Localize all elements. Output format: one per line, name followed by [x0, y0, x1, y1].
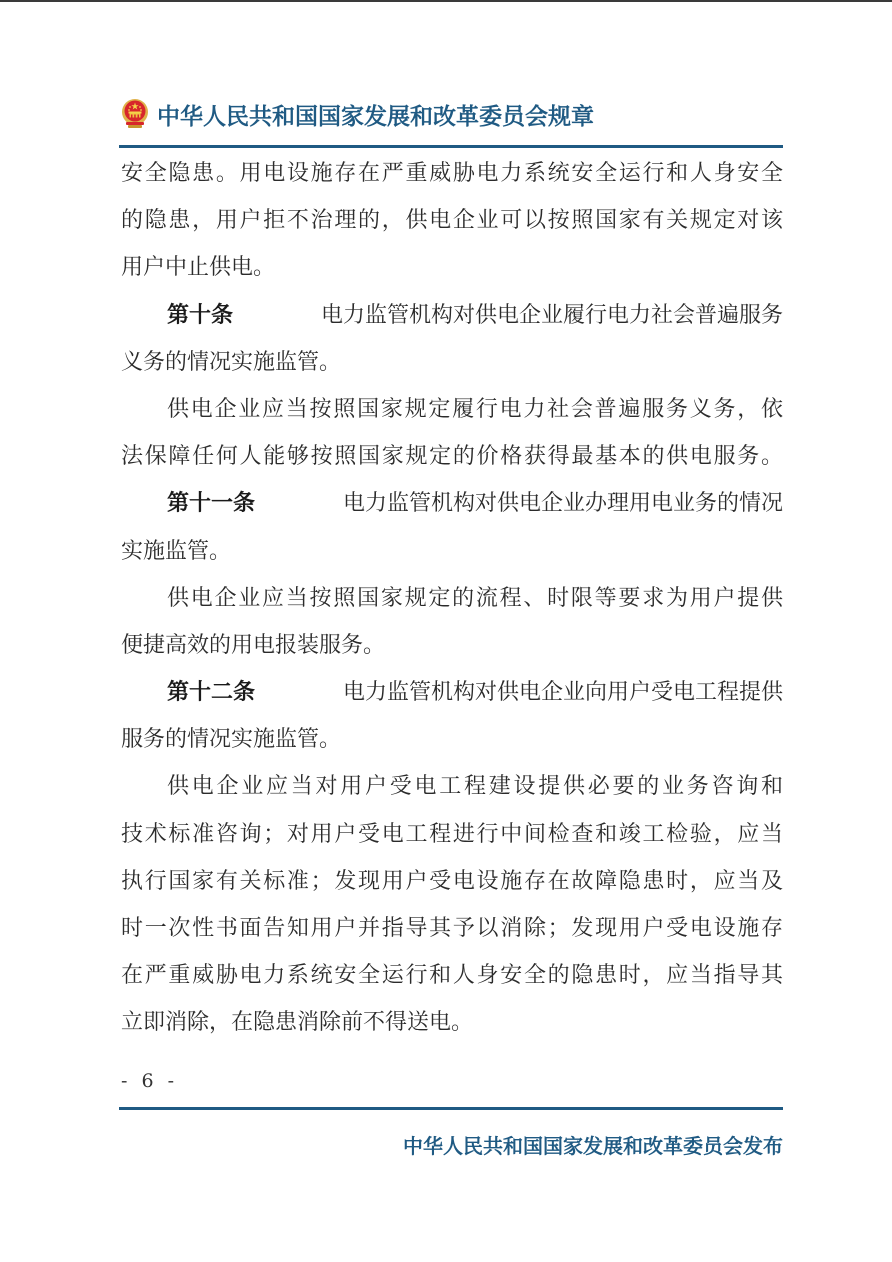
article-text: 电力监管机构对供电企业办理用电业务的情况: [343, 480, 783, 527]
header-title: 中华人民共和国国家发展和改革委员会规章: [157, 98, 594, 131]
text-line: 时一次性书面告知用户并指导其予以消除；发现用户受电设施存: [121, 905, 783, 952]
footer-publisher: 中华人民共和国国家发展和改革委员会发布: [403, 1130, 783, 1159]
article-heading-line: 第十一条电力监管机构对供电企业办理用电业务的情况: [121, 480, 783, 527]
article-text: 电力监管机构对供电企业向用户受电工程提供: [343, 669, 783, 716]
article-text: 电力监管机构对供电企业履行电力社会普遍服务: [321, 292, 783, 339]
text-line: 立即消除，在隐患消除前不得送电。: [121, 999, 783, 1046]
article-number: 第十一条: [167, 480, 255, 527]
text-line: 服务的情况实施监管。: [121, 716, 783, 763]
text-line: 便捷高效的用电报装服务。: [121, 622, 783, 669]
text-line: 法保障任何人能够按照国家规定的价格获得最基本的供电服务。: [121, 433, 783, 480]
page-number: - 6 -: [121, 1070, 178, 1092]
article-number: 第十二条: [167, 669, 255, 716]
text-line: 用户中止供电。: [121, 244, 783, 291]
national-emblem-icon: [119, 97, 151, 131]
text-line: 安全隐患。用电设施存在严重威胁电力系统安全运行和人身安全: [121, 150, 783, 197]
text-line: 执行国家有关标准；发现用户受电设施存在故障隐患时，应当及: [121, 858, 783, 905]
paragraph-first-line: 供电企业应当按照国家规定的流程、时限等要求为用户提供: [121, 575, 783, 622]
article-heading-line: 第十条电力监管机构对供电企业履行电力社会普遍服务: [121, 292, 783, 339]
text-line: 技术标准咨询；对用户受电工程进行中间检查和竣工检验，应当: [121, 811, 783, 858]
page-top-edge: [0, 0, 892, 2]
article-heading-line: 第十二条电力监管机构对供电企业向用户受电工程提供: [121, 669, 783, 716]
text-line: 实施监管。: [121, 528, 783, 575]
document-body: 安全隐患。用电设施存在严重威胁电力系统安全运行和人身安全的隐患，用户拒不治理的，…: [121, 150, 783, 1047]
footer-divider: [119, 1107, 783, 1110]
paragraph-first-line: 供电企业应当按照国家规定履行电力社会普遍服务义务，依: [121, 386, 783, 433]
article-number: 第十条: [167, 292, 233, 339]
header-divider: [119, 145, 783, 148]
document-header: 中华人民共和国国家发展和改革委员会规章: [119, 94, 783, 134]
paragraph-first-line: 供电企业应当对用户受电工程建设提供必要的业务咨询和: [121, 763, 783, 810]
text-line: 义务的情况实施监管。: [121, 339, 783, 386]
text-line: 在严重威胁电力系统安全运行和人身安全的隐患时，应当指导其: [121, 952, 783, 999]
text-line: 的隐患，用户拒不治理的，供电企业可以按照国家有关规定对该: [121, 197, 783, 244]
